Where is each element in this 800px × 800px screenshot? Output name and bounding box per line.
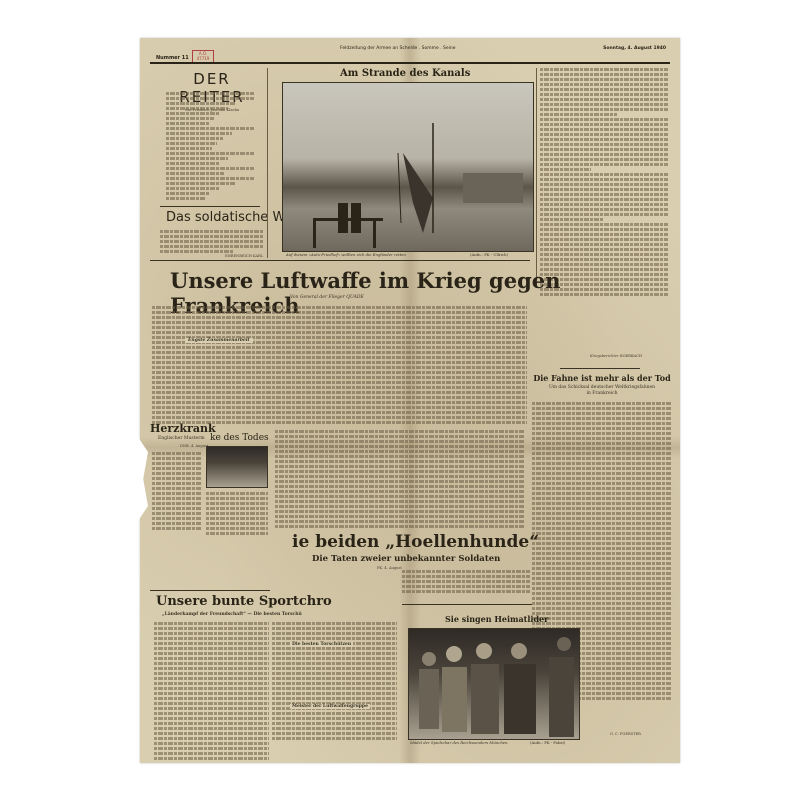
kanal-photo-title: Am Strande des Kanals [340, 68, 470, 79]
divider [150, 260, 530, 261]
kanal-photo-caption: Auf diesem »Auto-Friedhof« wollten sich … [286, 252, 406, 257]
sport-subhead-2: Meister der Luftwaffengruppe [290, 704, 370, 709]
luftwaffe-subhead: Engste Zusammenarbeit [185, 338, 253, 343]
fahne-subtitle-1: Um das Schicksal deutscher Weltkriegsfah… [532, 385, 672, 390]
heimatlider-photo [408, 628, 580, 740]
hoellenhunde-subtitle: Die Taten zweier unbekannter Soldaten [312, 554, 500, 564]
luftwaffe-text [152, 304, 527, 424]
divider [150, 590, 270, 591]
sport-subtitle: „Länderkampf der Freundschaft“ — Die bes… [162, 612, 302, 617]
divider [560, 368, 640, 369]
herzkrank-title: Herzkrank [150, 422, 216, 435]
divider [402, 604, 532, 605]
reiter-poem-text [166, 90, 254, 200]
kanal-photo [282, 82, 534, 252]
heimatlider-caption: Mädel der Spielschar des Reichssenders M… [410, 740, 509, 745]
sport-headline: Unsere bunte Sportchro [156, 594, 332, 609]
herzkrank-dateline: DNB. 4. August [180, 444, 208, 449]
masthead-rule [150, 62, 670, 64]
singers-illustration [409, 629, 579, 739]
hoellenhunde-dateline: PK. 4. August [377, 566, 402, 571]
foerster-author: G. C. FOERSTER [610, 732, 641, 737]
heimatlider-credit: (Aufn.: PK - Pabst) [530, 740, 565, 745]
middle-text [275, 428, 525, 533]
issue-number: Nummer 11 [156, 55, 189, 61]
heimatlider-title: Sie singen Heimatlider [445, 614, 548, 624]
todes-text [206, 490, 268, 550]
roerbach-author: Kriegsberichter ROERBACH [590, 354, 642, 359]
sailboat-illustration [283, 83, 533, 251]
soldatische-wort-author: EHRENREICH KARL [225, 254, 263, 259]
issue-date: Sonntag, 4. August 1940 [603, 46, 666, 51]
hoellenhunde-text [402, 568, 530, 598]
divider [160, 206, 260, 207]
kanal-photo-credit: (Aufn.: PK - Ullrich) [470, 252, 508, 257]
column-rule [536, 68, 537, 288]
publication-name: Feldzeitung der Armee an Schelde . Somme… [340, 46, 456, 51]
luftwaffe-byline: Von General der Flieger QUADE [290, 295, 364, 300]
column-rule [267, 68, 268, 258]
fahne-title: Die Fahne ist mehr als der Tod [532, 373, 672, 383]
torn-edge [136, 434, 148, 524]
newspaper-page: Nummer 11 A.O. 47719 Feldzeitung der Arm… [140, 38, 680, 763]
todes-title: ke des Todes [210, 433, 269, 443]
sport-text-col1 [154, 620, 269, 770]
fahne-subtitle-2: in Frankreich [532, 391, 672, 396]
herzkrank-text [152, 450, 202, 550]
sport-subhead-1: Die besten Torschützen [290, 642, 353, 647]
herzkrank-subtitle: Englischer Musterm [158, 436, 205, 441]
todes-photo [206, 446, 268, 488]
hoellenhunde-headline: ie beiden „Hoellenhunde“ [292, 532, 539, 552]
